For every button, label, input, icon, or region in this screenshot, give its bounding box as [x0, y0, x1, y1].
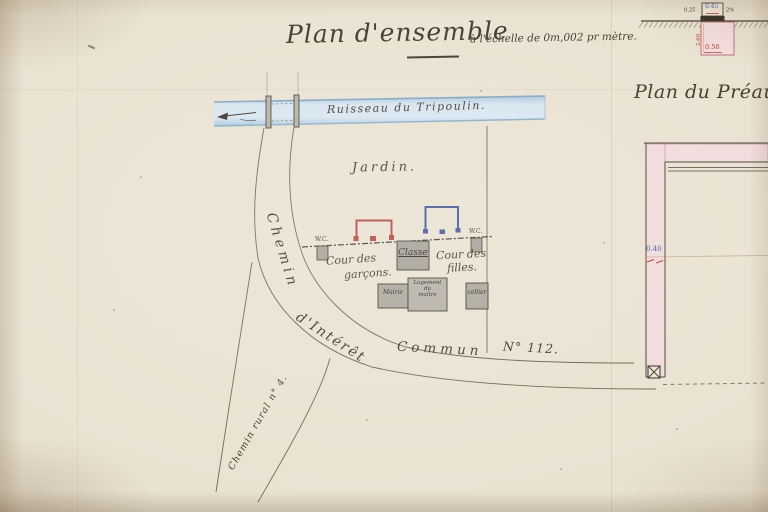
mairie-label: Mairie [378, 290, 408, 296]
classroom-label: Classe [397, 249, 429, 258]
scanned-plan-sheet: Plan d'ensemble à l'échelle de 0m,002 pr… [0, 0, 768, 512]
dim-offset: 0.25 [684, 8, 695, 13]
girls-yard-label-line1: Cour des [436, 248, 487, 262]
stain-speck [676, 428, 678, 430]
teacher-lodging-label: Logement du maître [408, 281, 447, 298]
fold-crease-vertical-left [77, 0, 78, 512]
dim-depth: 2.60 [697, 34, 703, 46]
garden-label: Jardin. [352, 160, 417, 175]
preau-plan-title: Plan du Préau [634, 83, 768, 103]
preau-plan-linework [644, 143, 768, 385]
rural-road-right-edge [258, 358, 330, 502]
stain-speck [140, 176, 142, 178]
road-label-number: N° 112. [503, 340, 560, 356]
stain-speck [560, 468, 562, 470]
plan-linework [0, 0, 768, 512]
wc-right-label: W.C. [469, 229, 482, 235]
stain-speck [366, 419, 368, 421]
stain-speck [603, 242, 605, 244]
section-detail-linework [639, 3, 768, 55]
dim-footing-width: 0.50 [705, 44, 719, 51]
dim-wall-thickness: 0.40 [646, 246, 662, 253]
stain-speck [113, 309, 115, 311]
wc-left-label: W.C. [315, 237, 328, 243]
stain-speck [480, 90, 482, 92]
girls-yard-label-line2: filles. [447, 261, 478, 274]
fold-crease-horizontal [0, 89, 768, 90]
stream [214, 72, 545, 128]
girls-shelter-blue-outline [423, 207, 461, 234]
dim-cap-width: 0.45 [705, 4, 718, 10]
dim-slope: 2% [726, 8, 734, 13]
boys-shelter-red-outline [354, 221, 395, 242]
road-edges [216, 127, 656, 502]
cellar-label: cellier [466, 290, 488, 296]
post-symbol-icon [648, 366, 660, 378]
fold-crease-vertical-right [611, 0, 612, 512]
